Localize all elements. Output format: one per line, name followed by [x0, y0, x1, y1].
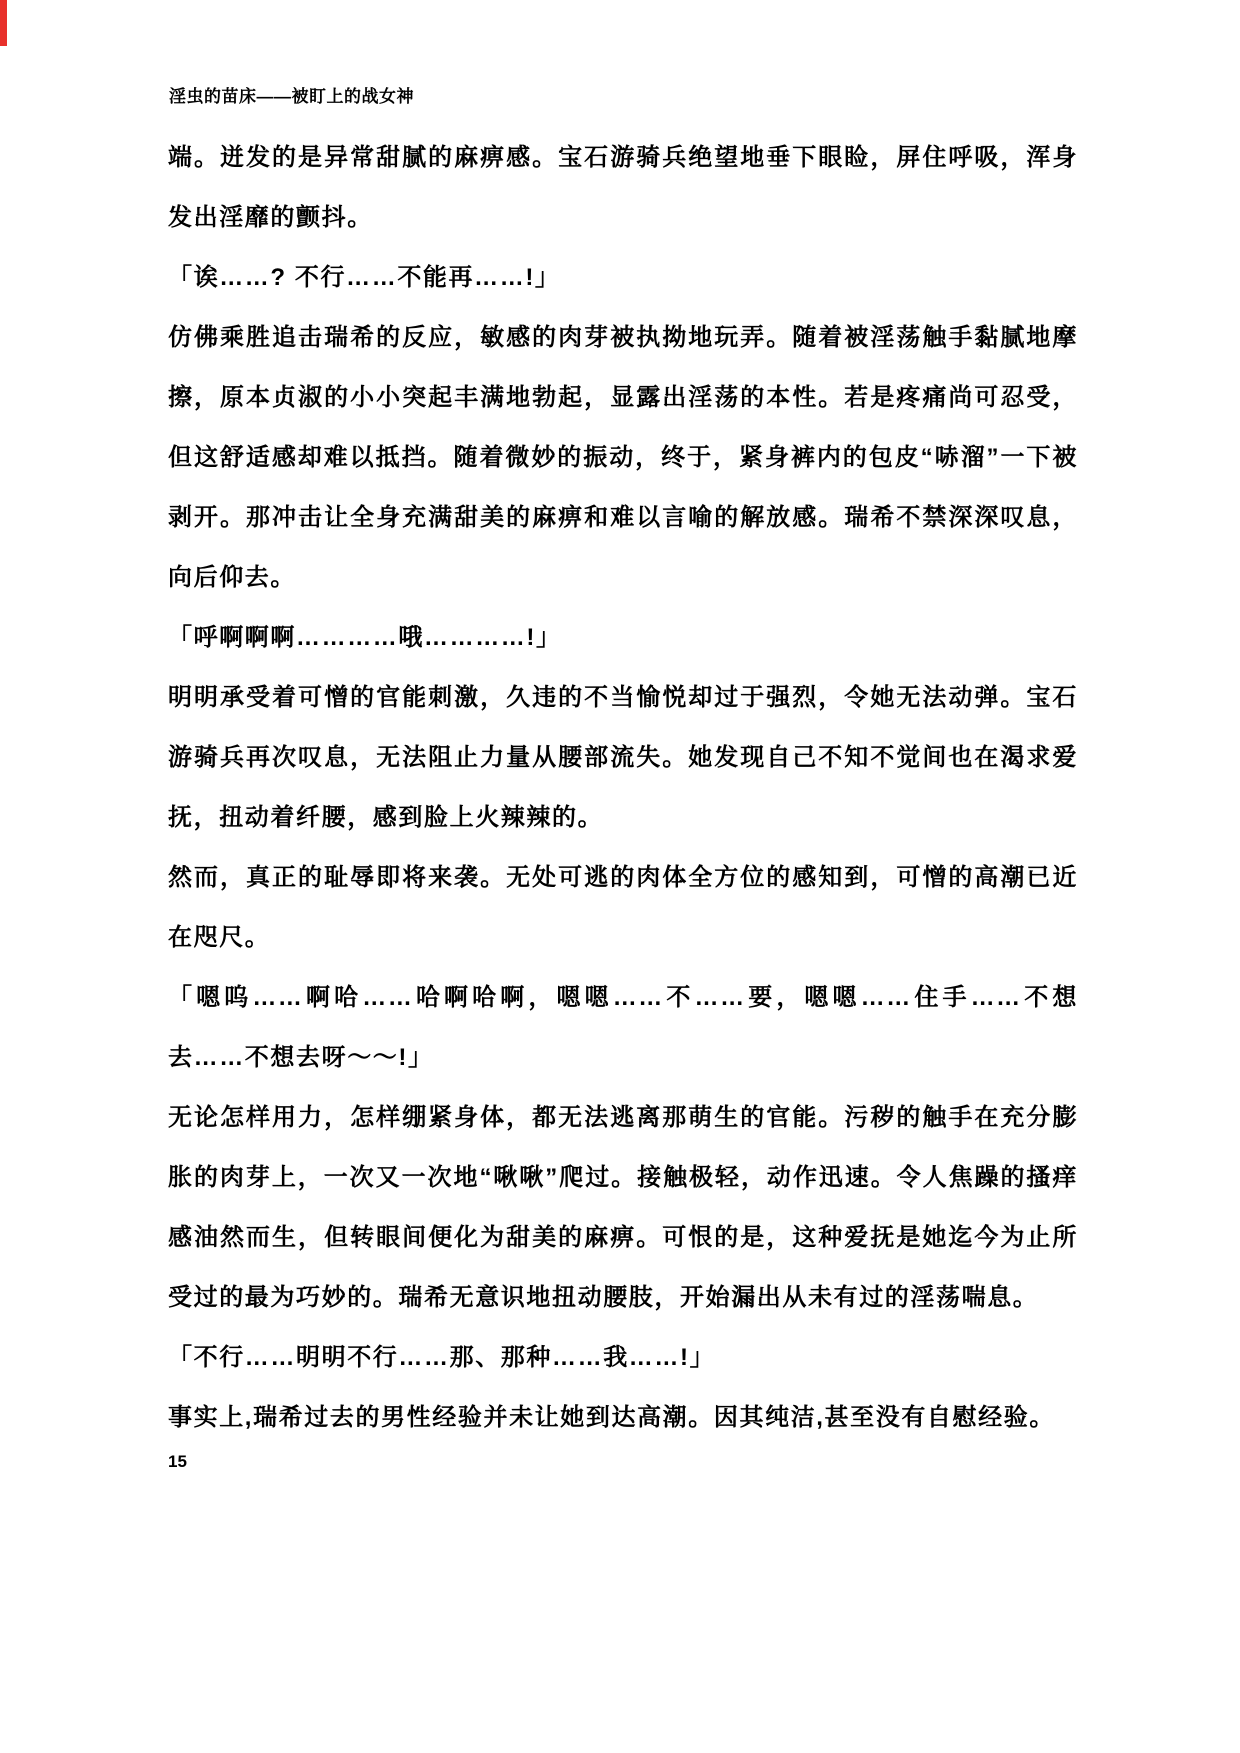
paragraph: 明明承受着可憎的官能刺激，久违的不当愉悦却过于强烈，令她无法动弹。宝石游骑兵再次… — [168, 668, 1078, 848]
paragraph: 然而，真正的耻辱即将来袭。无处可逃的肉体全方位的感知到，可憎的高潮已近在咫尺。 — [168, 848, 1078, 968]
paragraph: 无论怎样用力，怎样绷紧身体，都无法逃离那萌生的官能。污秽的触手在充分膨胀的肉芽上… — [168, 1088, 1078, 1328]
paragraph: 「不行……明明不行……那、那种……我……!」 — [168, 1328, 1078, 1388]
paragraph: 「诶……? 不行……不能再……!」 — [168, 248, 1078, 308]
paragraph: 「呼啊啊啊…………哦…………!」 — [168, 608, 1078, 668]
paragraph: 端。迸发的是异常甜腻的麻痹感。宝石游骑兵绝望地垂下眼睑，屏住呼吸，浑身发出淫靡的… — [168, 128, 1078, 248]
paragraph: 仿佛乘胜追击瑞希的反应，敏感的肉芽被执拗地玩弄。随着被淫荡触手黏腻地摩擦，原本贞… — [168, 308, 1078, 608]
document-body: 端。迸发的是异常甜腻的麻痹感。宝石游骑兵绝望地垂下眼睑，屏住呼吸，浑身发出淫靡的… — [168, 128, 1078, 1448]
paragraph-list: 端。迸发的是异常甜腻的麻痹感。宝石游骑兵绝望地垂下眼睑，屏住呼吸，浑身发出淫靡的… — [168, 128, 1078, 1448]
paragraph: 「嗯呜……啊哈……哈啊哈啊，嗯嗯……不……要，嗯嗯……住手……不想去……不想去呀… — [168, 968, 1078, 1088]
paragraph: 事实上,瑞希过去的男性经验并未让她到达高潮。因其纯洁,甚至没有自慰经验。 — [168, 1388, 1078, 1448]
document-header-title: 淫虫的苗床——被盯上的战女神 — [169, 82, 414, 107]
red-corner-mark — [0, 0, 7, 46]
page-number: 15 — [168, 1452, 187, 1472]
